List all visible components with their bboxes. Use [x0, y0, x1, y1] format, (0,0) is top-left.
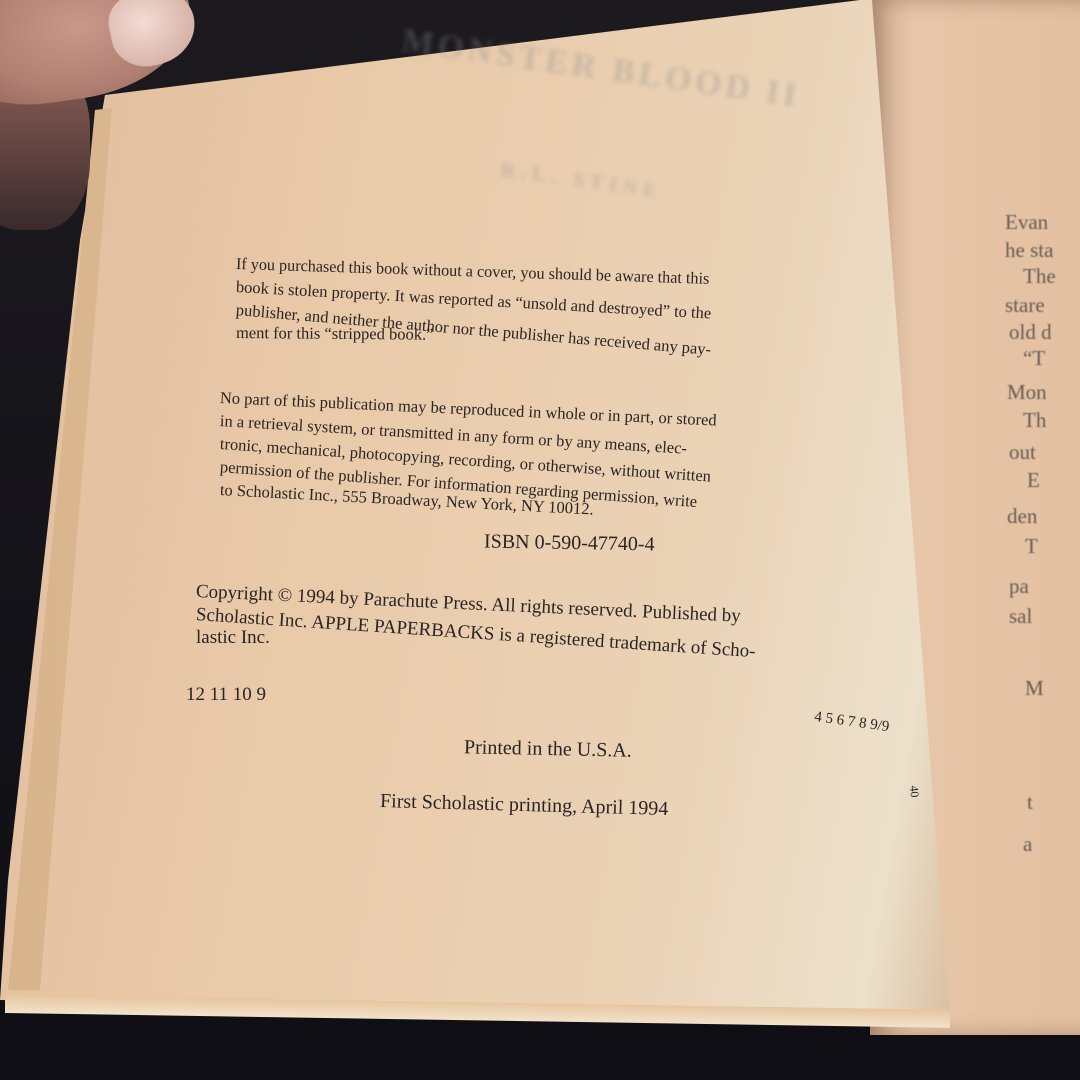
stripped-book-notice: If you purchased this book without a cov… — [236, 252, 719, 344]
facing-page-line: a — [1023, 832, 1032, 857]
print-line-left: 12 11 10 9 — [186, 684, 266, 706]
isbn: ISBN 0-590-47740-4 — [484, 531, 655, 557]
facing-page-line: M — [1025, 676, 1044, 701]
facing-page-line: t — [1027, 790, 1033, 815]
copyright-notice: Copyright © 1994 by Parachute Press. All… — [196, 580, 757, 649]
facing-page-line: Evan — [1005, 210, 1048, 235]
photo-scene: Evanhe staThestareold d“TMonThoutEdenTpa… — [0, 0, 1080, 1080]
facing-page-line: stare — [1005, 293, 1045, 318]
facing-page-line: sal — [1009, 604, 1032, 629]
facing-page-line: Th — [1023, 408, 1046, 433]
facing-page-line: E — [1027, 468, 1040, 493]
facing-page-line: T — [1025, 534, 1038, 559]
facing-page-line: den — [1007, 504, 1037, 529]
facing-page-line: The — [1023, 264, 1056, 289]
notice-line: ment for this “stripped book.” — [236, 321, 719, 348]
facing-page-line: Mon — [1007, 380, 1047, 405]
rights-notice: No part of this publication may be repro… — [220, 386, 717, 501]
facing-page-line: old d — [1009, 320, 1052, 345]
show-through-title: MONSTER BLOOD II R.L. STINE — [400, 30, 820, 210]
facing-page-line: out — [1009, 440, 1036, 465]
printed-in: Printed in the U.S.A. — [464, 736, 632, 763]
facing-page-line: pa — [1009, 574, 1029, 599]
page-code: 40 — [906, 785, 922, 798]
facing-page-line: “T — [1023, 346, 1045, 371]
facing-page-line: he sta — [1005, 238, 1053, 263]
